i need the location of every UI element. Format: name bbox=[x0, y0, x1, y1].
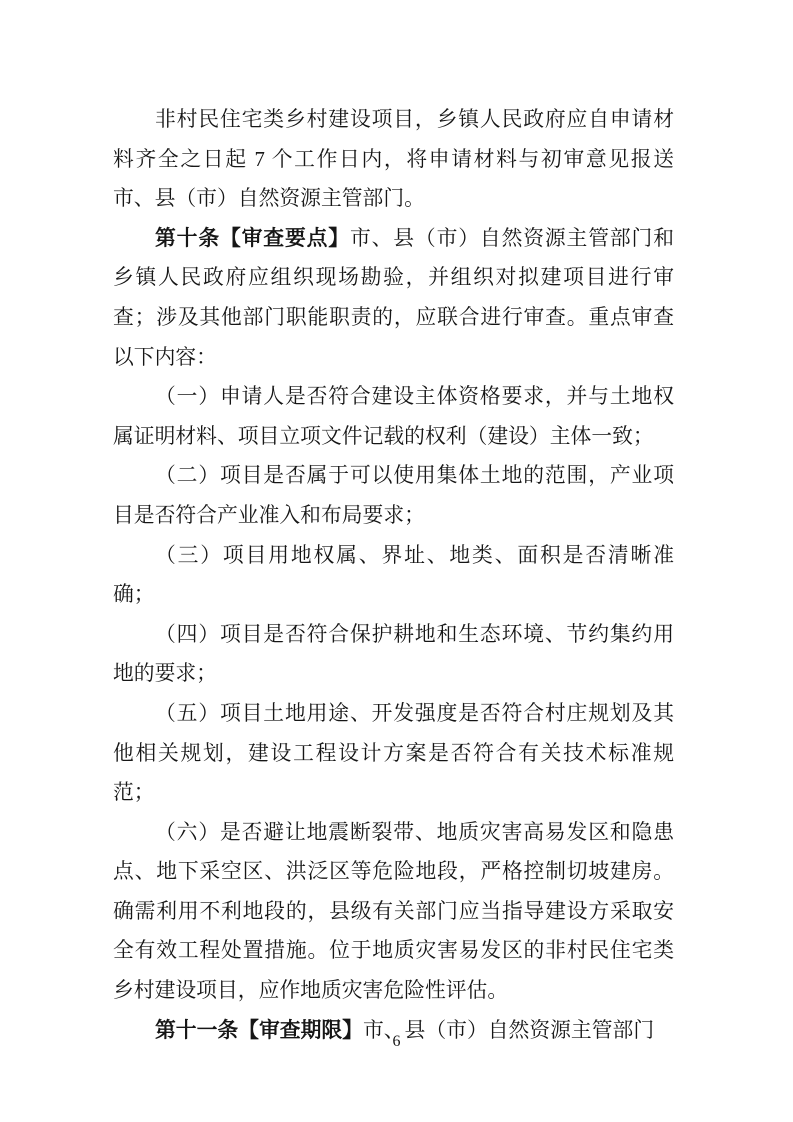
paragraph-text: （一）申请人是否符合建设主体资格要求，并与土地权属证明材料、项目立项文件记载的权… bbox=[113, 385, 674, 448]
paragraph: （一）申请人是否符合建设主体资格要求，并与土地权属证明材料、项目立项文件记载的权… bbox=[113, 377, 674, 456]
paragraph-text: 非村民住宅类乡村建设项目，乡镇人民政府应自申请材料齐全之日起 7 个工作日内，将… bbox=[113, 108, 674, 210]
paragraph: （二）项目是否属于可以使用集体土地的范围，产业项目是否符合产业准入和布局要求； bbox=[113, 456, 674, 535]
paragraph-text: （二）项目是否属于可以使用集体土地的范围，产业项目是否符合产业准入和布局要求； bbox=[113, 464, 674, 527]
paragraph: （三）项目用地权属、界址、地类、面积是否清晰准确； bbox=[113, 536, 674, 615]
article-heading: 第十条【审查要点】 bbox=[155, 227, 350, 250]
paragraph-text: （三）项目用地权属、界址、地类、面积是否清晰准确； bbox=[113, 544, 674, 607]
paragraph: 第十条【审查要点】市、县（市）自然资源主管部门和乡镇人民政府应组织现场勘验，并组… bbox=[113, 219, 674, 377]
paragraph-text: （四）项目是否符合保护耕地和生态环境、节约集约用地的要求； bbox=[113, 623, 674, 686]
page-footer: 6 bbox=[0, 1033, 793, 1051]
page-number: 6 bbox=[393, 1033, 401, 1050]
document-page: 非村民住宅类乡村建设项目，乡镇人民政府应自申请材料齐全之日起 7 个工作日内，将… bbox=[0, 0, 793, 1122]
paragraph-text: （五）项目土地用途、开发强度是否符合村庄规划及其他相关规划，建设工程设计方案是否… bbox=[113, 702, 674, 804]
paragraph: 非村民住宅类乡村建设项目，乡镇人民政府应自申请材料齐全之日起 7 个工作日内，将… bbox=[113, 100, 674, 219]
paragraph: （四）项目是否符合保护耕地和生态环境、节约集约用地的要求； bbox=[113, 615, 674, 694]
paragraph-text: （六）是否避让地震断裂带、地质灾害高易发区和隐患点、地下采空区、洪泛区等危险地段… bbox=[113, 821, 674, 1002]
document-body: 非村民住宅类乡村建设项目，乡镇人民政府应自申请材料齐全之日起 7 个工作日内，将… bbox=[113, 100, 674, 1050]
paragraph: （五）项目土地用途、开发强度是否符合村庄规划及其他相关规划，建设工程设计方案是否… bbox=[113, 694, 674, 813]
paragraph: （六）是否避让地震断裂带、地质灾害高易发区和隐患点、地下采空区、洪泛区等危险地段… bbox=[113, 813, 674, 1011]
